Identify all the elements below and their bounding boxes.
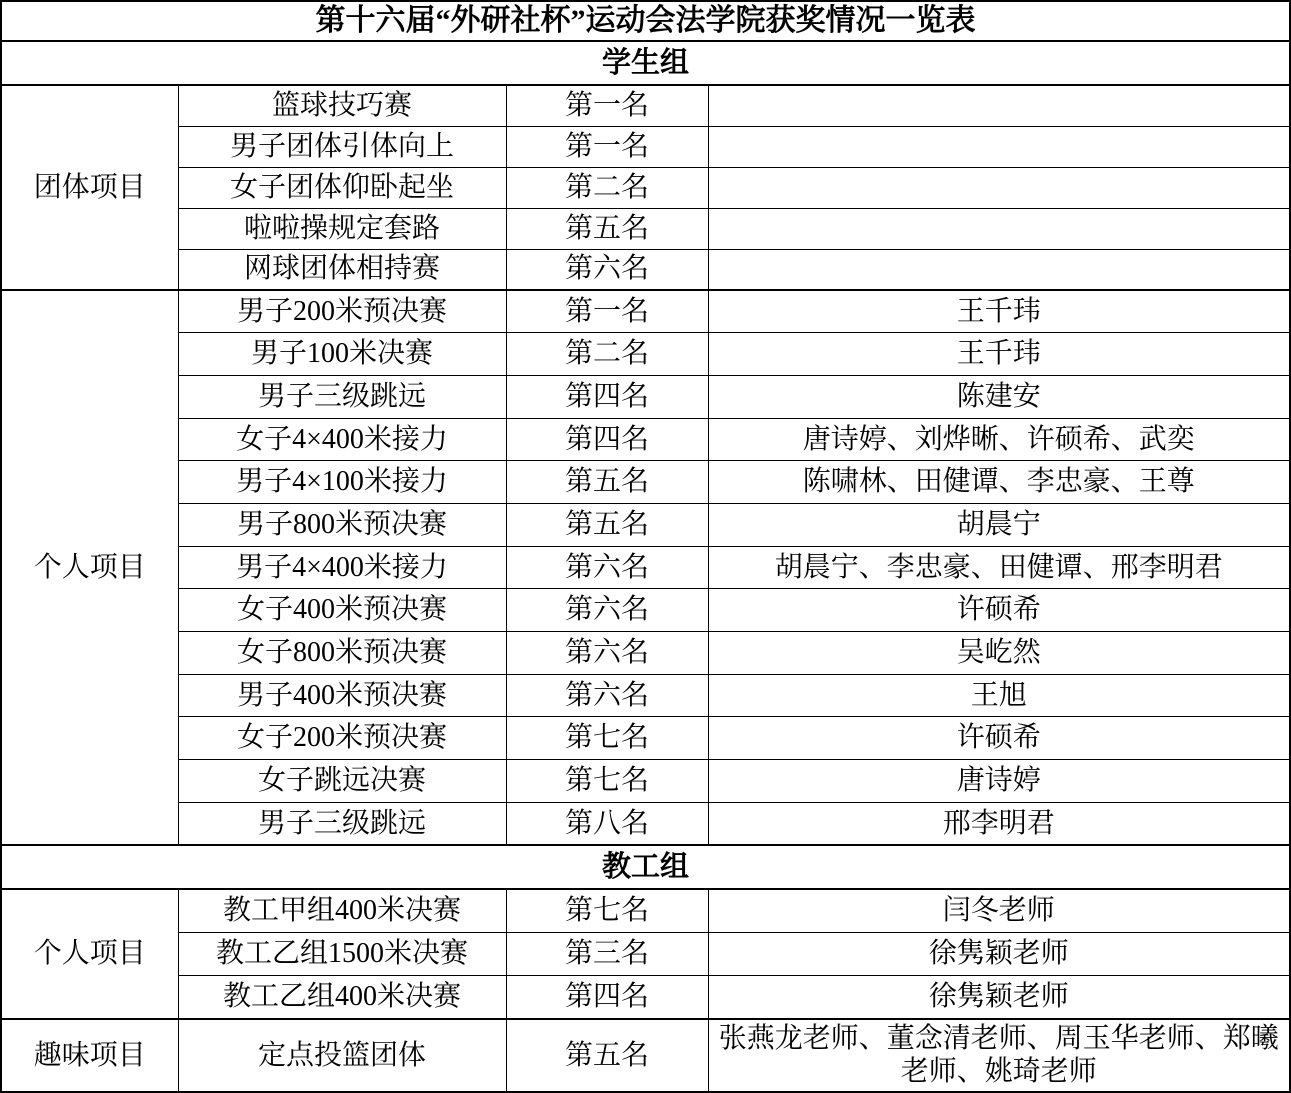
names-cell: 唐诗婷、刘烨晰、许硕希、武奕 (708, 418, 1290, 461)
names-cell: 许硕希 (708, 717, 1290, 760)
event-cell: 女子4×400米接力 (178, 418, 506, 461)
event-cell: 男子800米预决赛 (178, 503, 506, 546)
rank-cell: 第五名 (506, 208, 708, 249)
rank-cell: 第八名 (506, 802, 708, 845)
names-cell (708, 85, 1290, 126)
rank-cell: 第七名 (506, 717, 708, 760)
event-cell: 男子200米预决赛 (178, 290, 506, 333)
rank-cell: 第三名 (506, 932, 708, 975)
names-cell (708, 208, 1290, 249)
event-cell: 教工乙组400米决赛 (178, 976, 506, 1019)
page-title: 第十六届“外研社杯”运动会法学院获奖情况一览表 (1, 1, 1290, 41)
rank-cell: 第四名 (506, 418, 708, 461)
section-header-students: 学生组 (1, 41, 1290, 85)
rank-cell: 第五名 (506, 461, 708, 504)
table-row: 男子团体引体向上 第一名 (1, 126, 1290, 167)
event-cell: 男子400米预决赛 (178, 674, 506, 717)
table-row: 男子三级跳远 第四名 陈建安 (1, 375, 1290, 418)
event-cell: 男子100米决赛 (178, 333, 506, 376)
table-row: 趣味项目 定点投篮团体 第五名 张燕龙老师、董念清老师、周玉华老师、郑曦老师、姚… (1, 1019, 1290, 1092)
names-cell: 陈建安 (708, 375, 1290, 418)
event-cell: 男子三级跳远 (178, 802, 506, 845)
event-cell: 定点投篮团体 (178, 1019, 506, 1092)
section-header-cell: 教工组 (1, 845, 1290, 889)
section-header-cell: 学生组 (1, 41, 1290, 85)
table-row: 男子800米预决赛 第五名 胡晨宁 (1, 503, 1290, 546)
table-row: 男子100米决赛 第二名 王千玮 (1, 333, 1290, 376)
names-cell: 胡晨宁、李忠豪、田健谭、邢李明君 (708, 546, 1290, 589)
rank-cell: 第七名 (506, 760, 708, 803)
names-cell: 徐隽颖老师 (708, 976, 1290, 1019)
names-cell (708, 126, 1290, 167)
rank-cell: 第二名 (506, 167, 708, 208)
names-cell: 陈啸林、田健谭、李忠豪、王尊 (708, 461, 1290, 504)
names-cell: 唐诗婷 (708, 760, 1290, 803)
table-row: 个人项目 教工甲组400米决赛 第七名 闫冬老师 (1, 889, 1290, 932)
event-cell: 男子团体引体向上 (178, 126, 506, 167)
rank-cell: 第六名 (506, 674, 708, 717)
rank-cell: 第六名 (506, 249, 708, 290)
rank-cell: 第四名 (506, 375, 708, 418)
names-cell: 王千玮 (708, 333, 1290, 376)
names-cell: 闫冬老师 (708, 889, 1290, 932)
event-cell: 女子800米预决赛 (178, 632, 506, 675)
names-cell (708, 249, 1290, 290)
awards-table: 第十六届“外研社杯”运动会法学院获奖情况一览表 学生组 团体项目 篮球技巧赛 第… (0, 0, 1291, 1093)
table-row: 女子800米预决赛 第六名 吴屹然 (1, 632, 1290, 675)
rank-cell: 第六名 (506, 546, 708, 589)
rank-cell: 第五名 (506, 503, 708, 546)
names-cell: 王千玮 (708, 290, 1290, 333)
event-cell: 教工乙组1500米决赛 (178, 932, 506, 975)
names-cell (708, 167, 1290, 208)
names-cell: 许硕希 (708, 589, 1290, 632)
event-cell: 教工甲组400米决赛 (178, 889, 506, 932)
rank-cell: 第四名 (506, 976, 708, 1019)
event-cell: 男子4×400米接力 (178, 546, 506, 589)
table-row: 女子跳远决赛 第七名 唐诗婷 (1, 760, 1290, 803)
event-cell: 男子4×100米接力 (178, 461, 506, 504)
table-row: 教工乙组1500米决赛 第三名 徐隽颖老师 (1, 932, 1290, 975)
names-cell: 张燕龙老师、董念清老师、周玉华老师、郑曦老师、姚琦老师 (708, 1019, 1290, 1092)
table-row: 女子400米预决赛 第六名 许硕希 (1, 589, 1290, 632)
event-cell: 啦啦操规定套路 (178, 208, 506, 249)
rank-cell: 第五名 (506, 1019, 708, 1092)
table-row: 女子200米预决赛 第七名 许硕希 (1, 717, 1290, 760)
rank-cell: 第六名 (506, 589, 708, 632)
table-row: 啦啦操规定套路 第五名 (1, 208, 1290, 249)
names-cell: 徐隽颖老师 (708, 932, 1290, 975)
table-row: 女子团体仰卧起坐 第二名 (1, 167, 1290, 208)
document-page: 第十六届“外研社杯”运动会法学院获奖情况一览表 学生组 团体项目 篮球技巧赛 第… (0, 0, 1291, 1093)
category-cell-team: 团体项目 (1, 85, 178, 290)
table-row: 教工乙组400米决赛 第四名 徐隽颖老师 (1, 976, 1290, 1019)
rank-cell: 第六名 (506, 632, 708, 675)
rank-cell: 第一名 (506, 85, 708, 126)
table-row: 男子4×400米接力 第六名 胡晨宁、李忠豪、田健谭、邢李明君 (1, 546, 1290, 589)
rank-cell: 第一名 (506, 126, 708, 167)
table-row: 团体项目 篮球技巧赛 第一名 (1, 85, 1290, 126)
event-cell: 篮球技巧赛 (178, 85, 506, 126)
section-header-staff: 教工组 (1, 845, 1290, 889)
rank-cell: 第七名 (506, 889, 708, 932)
table-row: 男子4×100米接力 第五名 陈啸林、田健谭、李忠豪、王尊 (1, 461, 1290, 504)
event-cell: 网球团体相持赛 (178, 249, 506, 290)
names-cell: 王旭 (708, 674, 1290, 717)
rank-cell: 第二名 (506, 333, 708, 376)
rank-cell: 第一名 (506, 290, 708, 333)
event-cell: 男子三级跳远 (178, 375, 506, 418)
table-row: 个人项目 男子200米预决赛 第一名 王千玮 (1, 290, 1290, 333)
table-row: 男子三级跳远 第八名 邢李明君 (1, 802, 1290, 845)
category-cell-fun: 趣味项目 (1, 1019, 178, 1092)
event-cell: 女子跳远决赛 (178, 760, 506, 803)
event-cell: 女子200米预决赛 (178, 717, 506, 760)
table-row: 女子4×400米接力 第四名 唐诗婷、刘烨晰、许硕希、武奕 (1, 418, 1290, 461)
category-cell-staff-individual: 个人项目 (1, 889, 178, 1019)
names-cell: 邢李明君 (708, 802, 1290, 845)
names-cell: 胡晨宁 (708, 503, 1290, 546)
title-row: 第十六届“外研社杯”运动会法学院获奖情况一览表 (1, 1, 1290, 41)
table-row: 男子400米预决赛 第六名 王旭 (1, 674, 1290, 717)
table-row: 网球团体相持赛 第六名 (1, 249, 1290, 290)
names-cell: 吴屹然 (708, 632, 1290, 675)
event-cell: 女子400米预决赛 (178, 589, 506, 632)
event-cell: 女子团体仰卧起坐 (178, 167, 506, 208)
category-cell-individual: 个人项目 (1, 290, 178, 845)
